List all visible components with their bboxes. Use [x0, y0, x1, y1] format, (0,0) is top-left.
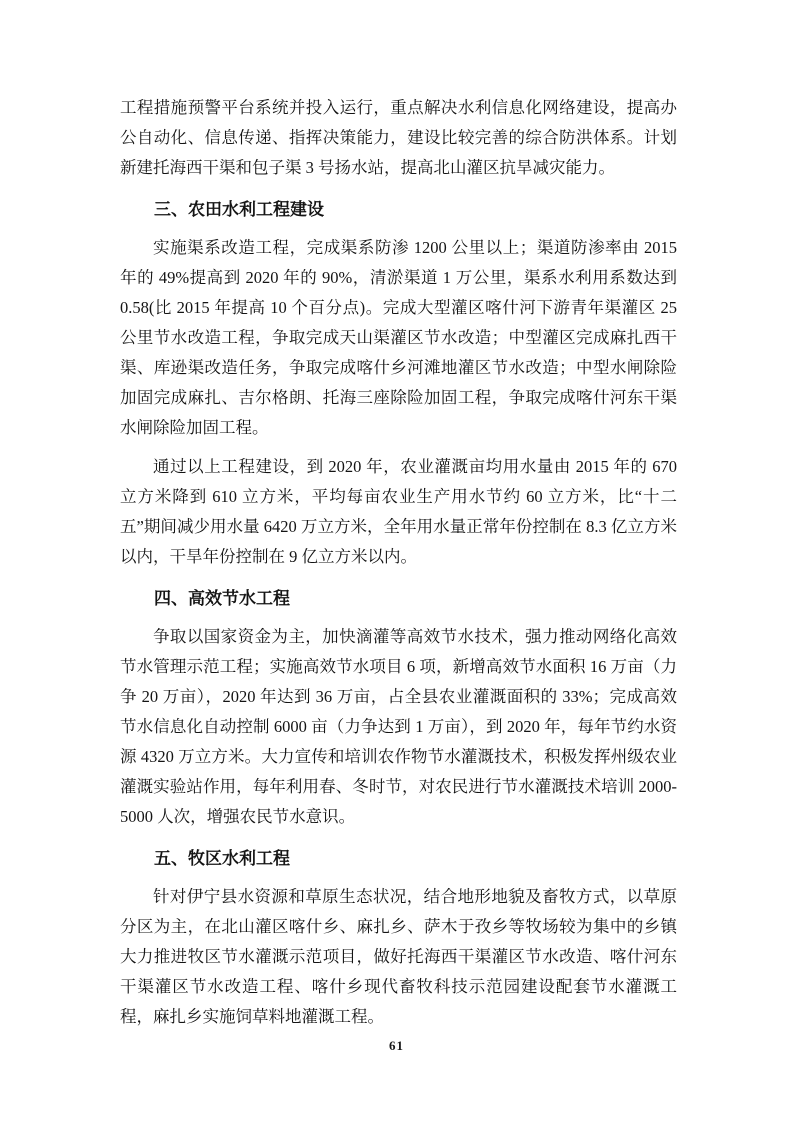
paragraph-intro-continuation: 工程措施预警平台系统并投入运行，重点解决水利信息化网络建设，提高办公自动化、信息…	[120, 93, 677, 183]
section-heading-pastoral-water-works: 五、牧区水利工程	[120, 844, 677, 874]
paragraph-water-saving-projects: 争取以国家资金为主，加快滴灌等高效节水技术，强力推动网络化高效节水管理示范工程；…	[120, 622, 677, 832]
paragraph-water-usage-targets: 通过以上工程建设，到 2020 年，农业灌溉亩均用水量由 2015 年的 670…	[120, 452, 677, 572]
paragraph-canal-renovation: 实施渠系改造工程，完成渠系防渗 1200 公里以上；渠道防渗率由 2015 年的…	[120, 233, 677, 443]
section-heading-efficient-water-saving: 四、高效节水工程	[120, 584, 677, 614]
document-body: 工程措施预警平台系统并投入运行，重点解决水利信息化网络建设，提高办公自动化、信息…	[120, 93, 677, 1041]
paragraph-pastoral-irrigation: 针对伊宁县水资源和草原生态状况，结合地形地貌及畜牧方式，以草原分区为主，在北山灌…	[120, 882, 677, 1032]
document-page: 工程措施预警平台系统并投入运行，重点解决水利信息化网络建设，提高办公自动化、信息…	[0, 0, 793, 1122]
page-number: 61	[0, 1038, 793, 1054]
section-heading-farmland-water-works: 三、农田水利工程建设	[120, 195, 677, 225]
